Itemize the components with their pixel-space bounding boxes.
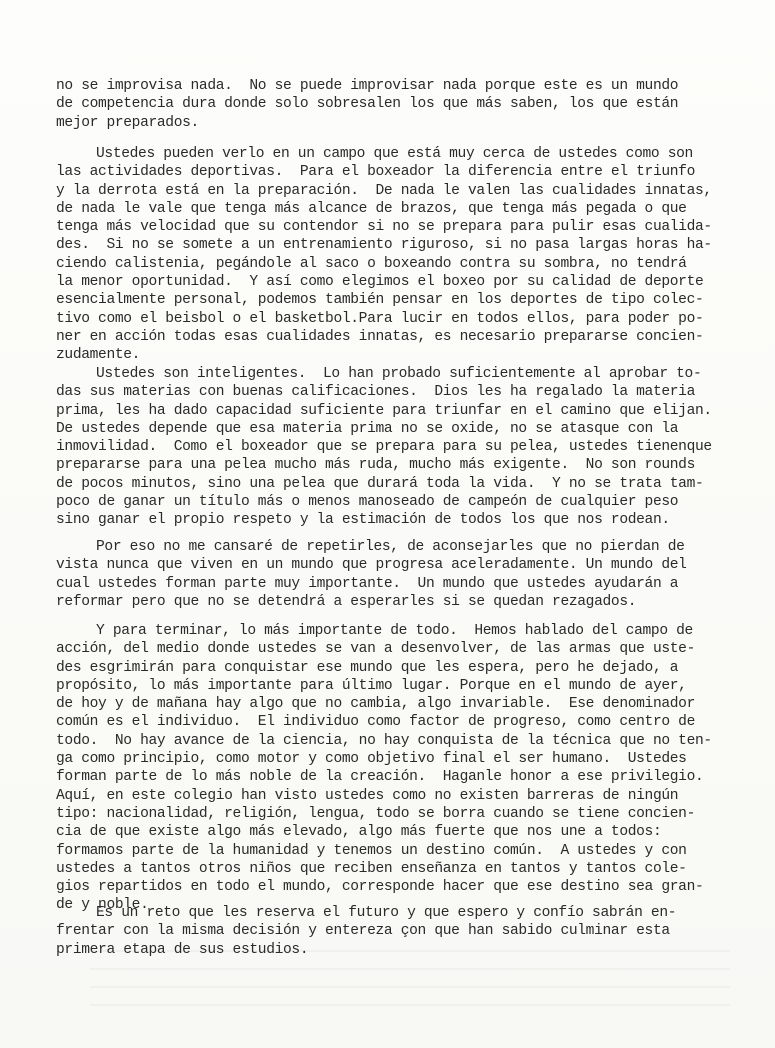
text-line: vista nunca que viven en un mundo que pr… [56,556,746,574]
text-line: frentar con la misma decisión y entereza… [56,922,746,940]
text-line: reformar pero que no se detendrá a esper… [56,593,746,611]
text-line: tenga más velocidad que su contendor si … [56,218,746,236]
text-line: cual ustedes forman parte muy importante… [56,575,746,593]
text-line: esencialmente personal, podemos también … [56,291,746,309]
text-line: Ustedes son inteligentes. Lo han probado… [56,365,746,383]
text-line: Por eso no me cansaré de repetirles, de … [56,538,746,556]
paragraph-2: Ustedes pueden verlo en un campo que est… [56,145,746,365]
text-line: acción, del medio donde ustedes se van a… [56,640,746,658]
text-line: sino ganar el propio respeto y la estima… [56,511,746,529]
text-line: prima, les ha dado capacidad suficiente … [56,402,746,420]
paragraph-1: no se improvisa nada. No se puede improv… [56,77,746,132]
text-line: zudamente. [56,346,746,364]
text-line: das sus materias con buenas calificacion… [56,383,746,401]
text-line: De ustedes depende que esa materia prima… [56,420,746,438]
text-line: y la derrota está en la preparación. De … [56,182,746,200]
text-line: Es un reto que les reserva el futuro y q… [56,904,746,922]
text-line: ustedes a tantos otros niños que reciben… [56,860,746,878]
text-line: poco de ganar un título más o menos mano… [56,493,746,511]
text-line: de hoy y de mañana hay algo que no cambi… [56,695,746,713]
text-line: de competencia dura donde solo sobresale… [56,95,746,113]
text-line: inmovilidad. Como el boxeador que se pre… [56,438,746,456]
text-line: Y para terminar, lo más importante de to… [56,622,746,640]
paragraph-4: Por eso no me cansaré de repetirles, de … [56,538,746,611]
text-line: forman parte de lo más noble de la creac… [56,768,746,786]
text-line: ga como principio, como motor y como obj… [56,750,746,768]
text-line: ner en acción todas esas cualidades inna… [56,328,746,346]
text-line: Aquí, en este colegio han visto ustedes … [56,787,746,805]
text-line: propósito, lo más importante para último… [56,677,746,695]
text-line: las actividades deportivas. Para el boxe… [56,163,746,181]
text-line: de pocos minutos, sino una pelea que dur… [56,475,746,493]
text-line: formamos parte de la humanidad y tenemos… [56,842,746,860]
text-line: no se improvisa nada. No se puede improv… [56,77,746,95]
paragraph-5: Y para terminar, lo más importante de to… [56,622,746,915]
text-line: ciendo calistenia, pegándole al saco o b… [56,255,746,273]
text-line: des esgrimirán para conquistar ese mundo… [56,659,746,677]
text-line: de nada le vale que tenga más alcance de… [56,200,746,218]
text-line: gios repartidos en todo el mundo, corres… [56,878,746,896]
document-page: no se improvisa nada. No se puede improv… [0,0,775,1048]
text-line: todo. No hay avance de la ciencia, no ha… [56,732,746,750]
text-line: común es el individuo. El individuo como… [56,713,746,731]
text-line: cia de que existe algo más elevado, algo… [56,823,746,841]
bleed-through-shadow [90,950,730,1020]
text-line: la menor oportunidad. Y así como elegimo… [56,273,746,291]
paragraph-3: Ustedes son inteligentes. Lo han probado… [56,365,746,530]
text-line: mejor preparados. [56,114,746,132]
text-line: Ustedes pueden verlo en un campo que est… [56,145,746,163]
text-line: tipo: nacionalidad, religión, lengua, to… [56,805,746,823]
text-line: tivo como el beisbol o el basketbol.Para… [56,310,746,328]
text-line: prepararse para una pelea mucho más ruda… [56,456,746,474]
text-line: des. Si no se somete a un entrenamiento … [56,236,746,254]
